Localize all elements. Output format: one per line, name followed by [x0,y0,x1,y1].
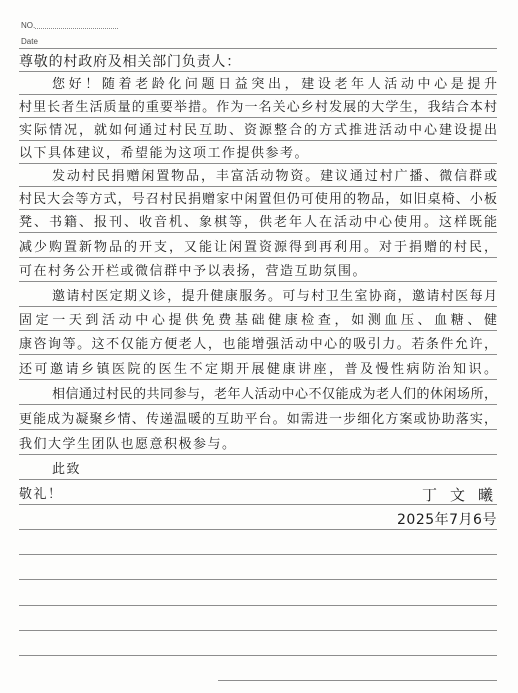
number-field-dotted-line [35,28,118,29]
ruled-line [19,454,497,455]
body-line: 相信通过村民的共同参与，老年人活动中心不仅能成为老人们的休闲场所， [52,387,497,403]
ruled-line [19,232,497,233]
ruled-line [19,209,497,210]
ruled-line [19,94,497,95]
body-line: 您好！随着老龄化问题日益突出，建设老年人活动中心是提升 [52,77,497,93]
body-line: 可在村务公开栏或微信群中予以表扬，营造互助氛围。 [19,264,497,280]
ruled-line [19,140,497,141]
body-line: 凳、书籍、报刊、收音机、象棋等，供老年人在活动中心使用。这样既能 [19,215,497,231]
body-line: 还可邀请乡镇医院的医生不定期开展健康讲座，普及慢性病防治知识。 [19,362,497,378]
ruled-line [19,379,497,380]
ruled-line [218,680,497,681]
ruled-line [19,529,497,530]
ruled-line [19,404,497,405]
body-line: 以下具体建议，希望能为这项工作提供参考。 [19,146,497,162]
signature-date: 2025年7月6号 [397,512,497,528]
ruled-line [19,354,497,355]
body-line: 我们大学生团队也愿意积极参与。 [19,437,497,453]
body-line: 康咨询等。这不仅能方便老人，也能增强活动中心的吸引力。若条件允许， [19,337,497,353]
ruled-line [19,655,497,656]
ruled-line [19,257,497,258]
ruled-line [19,117,497,118]
ruled-line [19,186,497,187]
number-label: NO. [21,21,35,30]
body-line: 更能成为凝聚乡情、传递温暖的互助平台。如需进一步细化方案或协助落实， [19,412,497,428]
ruled-line [19,281,497,282]
ruled-line [19,504,497,505]
body-line: 发动村民捐赠闲置物品，丰富活动物资。建议通过村广播、微信群或 [52,169,497,185]
ruled-line [19,630,497,631]
body-line: 村里长者生活质量的重要举措。作为一名关心乡村发展的大学生，我结合本村 [19,100,497,116]
body-line: 减少购置新物品的开支，又能让闲置资源得到再利用。对于捐赠的村民， [19,240,497,256]
ruled-line [19,306,497,307]
ruled-line [19,554,497,555]
body-line: 实际情况，就如何通过村民互助、资源整合的方式推进活动中心建设提出 [19,123,497,139]
body-line: 固定一天到活动中心提供免费基础健康检查，如测血压、血糖、健 [19,313,497,329]
ruled-line [19,605,497,606]
lined-letter-paper: NO. Date 尊敬的村政府及相关部门负责人： 您好！随着老龄化问题日益突出，… [0,0,518,693]
ruled-line [19,429,497,430]
ruled-line [19,479,497,480]
ruled-line [19,48,497,49]
ruled-line [19,330,497,331]
date-label: Date [21,37,38,46]
letter-salutation: 尊敬的村政府及相关部门负责人： [19,54,497,70]
body-line: 村民大会等方式，号召村民捐赠家中闲置但仍可使用的物品，如旧桌椅、小板 [19,192,497,208]
ruled-line [19,163,497,164]
ruled-line [19,71,497,72]
closing-line-1: 此致 [52,462,497,478]
body-line: 邀请村医定期义诊，提升健康服务。可与村卫生室协商，邀请村医每月 [52,289,497,305]
signature-name: 丁文曦 [422,487,506,503]
ruled-line [19,579,497,580]
